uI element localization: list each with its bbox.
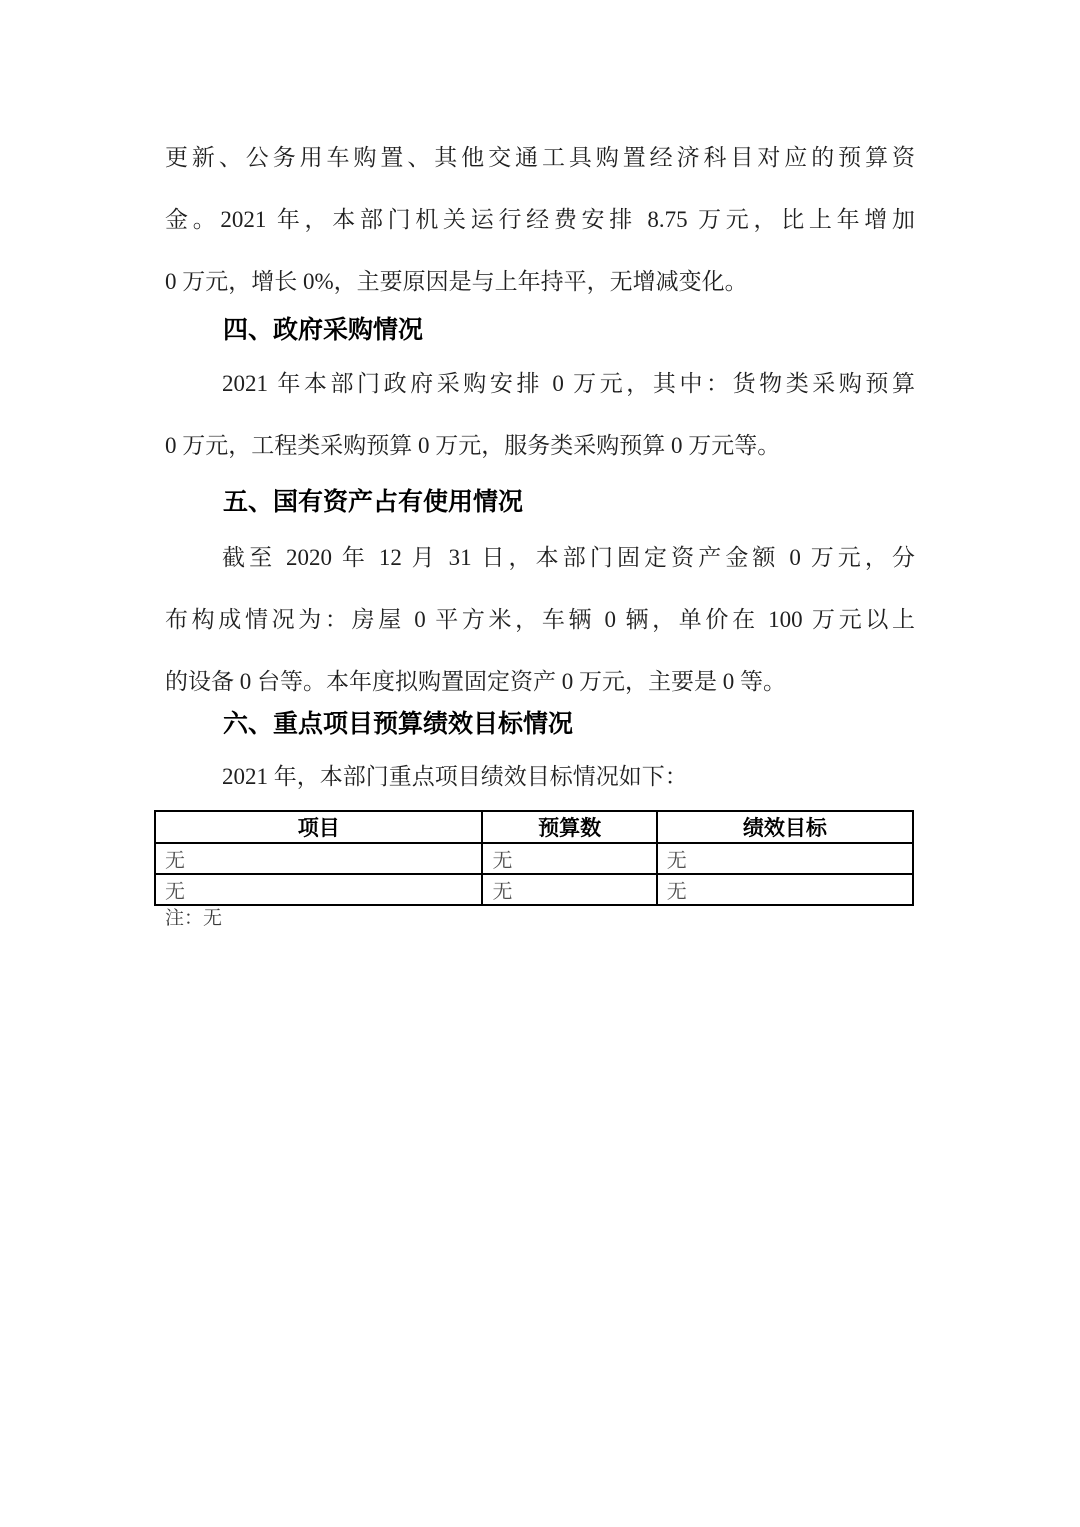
heading-section-5-state-assets: 五、国有资产占有使用情况	[165, 477, 915, 527]
text-line: 0 万元，增长 0%，主要原因是与上年持平，无增减变化。	[165, 251, 915, 313]
table-note: 注：无	[165, 903, 915, 935]
text-line: 2021 年，本部门重点项目绩效目标情况如下：	[165, 746, 915, 808]
paragraph-operating-expenses: 更新、公务用车购置、其他交通工具购置经济科目对应的预算资 金。2021 年，本部…	[165, 127, 915, 313]
table-cell-project: 无	[155, 843, 482, 874]
heading-section-4-government-procurement: 四、政府采购情况	[165, 305, 915, 355]
table-row: 无 无 无	[155, 843, 913, 874]
table-cell-project: 无	[155, 874, 482, 905]
paragraph-state-assets: 截至 2020 年 12 月 31 日，本部门固定资产金额 0 万元，分 布构成…	[165, 527, 915, 713]
table-cell-performance-goal: 无	[657, 843, 913, 874]
table-cell-performance-goal: 无	[657, 874, 913, 905]
paragraph-government-procurement: 2021 年本部门政府采购安排 0 万元，其中：货物类采购预算 0 万元，工程类…	[165, 353, 915, 477]
table-header-row: 项目 预算数 绩效目标	[155, 811, 913, 843]
text-line: 更新、公务用车购置、其他交通工具购置经济科目对应的预算资	[165, 127, 915, 189]
table-row: 无 无 无	[155, 874, 913, 905]
table-header-budget-amount: 预算数	[482, 811, 656, 843]
text-line: 截至 2020 年 12 月 31 日，本部门固定资产金额 0 万元，分	[165, 527, 915, 589]
table-header-performance-goal: 绩效目标	[657, 811, 913, 843]
text-line: 布构成情况为：房屋 0 平方米，车辆 0 辆，单价在 100 万元以上	[165, 589, 915, 651]
heading-section-6-key-project-performance: 六、重点项目预算绩效目标情况	[165, 699, 915, 749]
table-header-project: 项目	[155, 811, 482, 843]
performance-target-table: 项目 预算数 绩效目标 无 无 无 无 无 无	[154, 810, 914, 906]
document-page: 更新、公务用车购置、其他交通工具购置经济科目对应的预算资 金。2021 年，本部…	[0, 0, 1080, 1527]
text-line: 0 万元，工程类采购预算 0 万元，服务类采购预算 0 万元等。	[165, 415, 915, 477]
paragraph-performance-intro: 2021 年，本部门重点项目绩效目标情况如下：	[165, 746, 915, 808]
text-line: 金。2021 年，本部门机关运行经费安排 8.75 万元，比上年增加	[165, 189, 915, 251]
table-cell-budget-amount: 无	[482, 843, 656, 874]
table-cell-budget-amount: 无	[482, 874, 656, 905]
text-line: 2021 年本部门政府采购安排 0 万元，其中：货物类采购预算	[165, 353, 915, 415]
